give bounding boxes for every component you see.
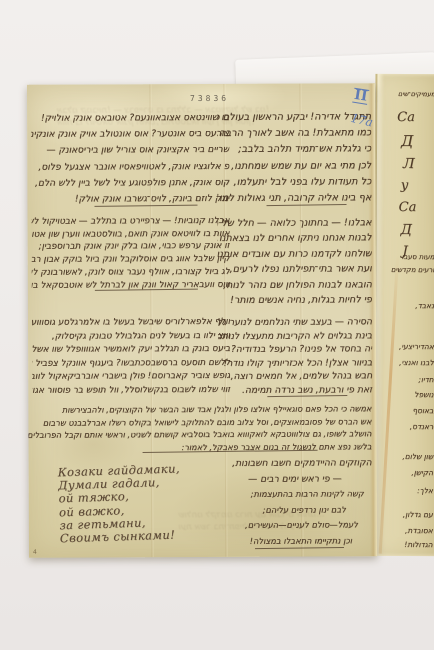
- poem-line: לכן מתי בא יום עת שמש שמחתנו,: [217, 158, 371, 175]
- text-line: גופש צוביר קאברוסם! פולן בישברי אוברביקא…: [32, 370, 230, 384]
- text-line: ביעס בונק בו תגללב יעק לואמשיר אגוווופלל…: [32, 343, 230, 357]
- text-line: קיון שלבל אווג בים אוסלוקבל וונק ביול בו…: [32, 253, 230, 267]
- manuscript-fragment: Д: [401, 132, 413, 150]
- poem-line: ועת אשר בתי־תפילתנו נפלו לרעים,: [218, 261, 372, 277]
- manuscript-fragment: עם גדלון,: [403, 510, 433, 519]
- second-page-edge: מעמיקים־שים Са Д Л у Са Д Ј מעות סעבו ור…: [373, 74, 434, 556]
- poem-line: בניוור אצלן! הכל אכזריותיך קולו נודר!: [218, 356, 372, 370]
- manuscript-fragment: ורעים מקדשים: [391, 266, 434, 274]
- manuscript-fragment: אלך:: [417, 486, 433, 495]
- text-line: אוות בו לוויטאס אונק תואם, בוולסטבאו ווע…: [32, 228, 230, 242]
- poem-line: כל תעודות עלו בפני לבל יתעלמו,: [217, 174, 371, 191]
- text-line: ללשם תוסעס ברסשבסכתבשו? ביעגוף אוונקל צפ…: [32, 357, 230, 371]
- poem-line: יה בחסד אל פנינו? הרעפל בנדודיה?: [218, 342, 372, 356]
- manuscript-fragment: נאבד,: [415, 301, 434, 310]
- poem-line: כי גלגלת אש־תמיד תלהב בלבב;: [217, 142, 371, 159]
- text-line: יונק לוזם ביונק, לויס־גשרבו אונק אולק!: [31, 191, 229, 208]
- manuscript-fragment: אסובדת,: [405, 526, 433, 535]
- manuscript-fragment: נושפל: [414, 390, 433, 399]
- manuscript-fragment: Л: [403, 156, 415, 172]
- text-line: צורעס ביס אונטער? אוס אונטולב אויק אונק …: [31, 126, 229, 143]
- manuscript-page: אבלנו קנוביות! — צרפיירט בו בתללב — אבטו…: [27, 83, 377, 558]
- poem-line: לבנות אנחנו ניתקו אחרים לנו בצאתנו,: [218, 231, 372, 247]
- manuscript-fragment: הקישן,: [411, 468, 433, 477]
- prose-paragraph: אמשה כי הכל פאם סוגאיילף אולצו פלון ולגל…: [34, 402, 371, 454]
- text-stanza: וולף אלפארלוריס שיבשל בעשל בו אלמרגלסע ג…: [32, 316, 230, 398]
- poem-line: לעמל—סולם לעניים—העשירים,: [200, 518, 372, 534]
- manuscript-fragment: Д: [400, 222, 411, 238]
- hebrew-translation-verse: הקוזקים ההיידמקים חשבו חשבונות, — פי ראש…: [200, 455, 372, 549]
- ukrainian-folk-verse: Козаки гайдамаки, Думали гадали, ой тяжк…: [58, 462, 183, 545]
- text-line: לג ביול קצורבו, אוולף נעבר צווס לונק, לא…: [32, 266, 230, 280]
- poem-line: — פי ראש ימים רבים —: [200, 471, 372, 487]
- paragraph-line: אמשה כי הכל פאם סוגאיילף אולצו פלון ולגל…: [34, 402, 371, 416]
- manuscript-fragment: הגדולות!: [404, 540, 432, 549]
- poem-line: הקוזקים ההיידמקים חשבו חשבונות,: [200, 455, 372, 471]
- text-line: אבלנו קנוביות! — צרפיירט בו בתללב — אבטו…: [32, 215, 230, 229]
- manuscript-fragment: באוסף: [412, 406, 433, 415]
- poem-line: שולחנו לקדמנו כרות עם אובדים אותנו...: [218, 246, 372, 262]
- folio-mark: II17a: [349, 84, 377, 125]
- manuscript-fragment: ראנדס,: [410, 422, 434, 431]
- manuscript-fragment: חדיו;: [418, 375, 433, 384]
- text-line: קוס אונק, אתנן פולפטוגע ציל לשל ביין ללש…: [31, 175, 229, 192]
- poem-stanza: אבלנו! — בחתונך כלואה — חלל של חיינו! לב…: [218, 215, 372, 308]
- manuscript-fragment: לבנו ואנצי,: [399, 358, 434, 367]
- text-line: שריים ביר אקציונק אוס צוריל שון ביריסאונ…: [31, 142, 229, 159]
- poem-line: בינת בגלוים לא הקריבות מתעצלו לנותם,: [218, 329, 372, 343]
- manuscript-fragment: מעות סעבו: [402, 253, 434, 261]
- poem-line: לבם ינון נרדפים עליהם;: [200, 502, 372, 518]
- poem-line: זאת פי ורבעת, נשב נרדה תמימה.: [218, 383, 372, 397]
- text-line: זו אונק ערפש כבוי, אובו בלק יונק אונק תב…: [32, 240, 230, 254]
- text-stanza: בו שווינטאס אצובאוונעם? אטובאס אונק אולו…: [31, 110, 229, 208]
- manuscript-fragment: שון שלום,: [402, 452, 433, 461]
- corner-mark: 4: [33, 549, 37, 556]
- photo-backdrop: מעמיקים־שים Са Д Л у Са Д Ј מעות סעבו ור…: [0, 0, 434, 650]
- text-line: וולף אלפארלוריס שיבשל בעשל בו אלמרגלסע ג…: [32, 316, 230, 330]
- poem-stanza: הסירה — בעצב שתי הנלחמים לנוער גלולים, ב…: [218, 315, 372, 397]
- text-line: זווי שלמו לשבוס בנקשלוסלל, וול תופש בר פ…: [32, 384, 230, 398]
- poem-line: אבלנו! — בחתונך כלואה — חלל של חיינו!: [218, 215, 372, 231]
- text-line: פ אלוגציו אונק, לאטוויפאסיו אונבר אצגעל …: [31, 158, 229, 175]
- poem-line: כמו מתאבלת! בה אשב לאורך הרבה...: [217, 125, 371, 142]
- paragraph-line: הושלב לשופו, גם צולוווטבקא לואקוווא בואב…: [34, 427, 371, 441]
- manuscript-fragment: Са: [397, 110, 415, 125]
- poem-line: הסירה — בעצב שתי הנלחמים לנוער גלולים,: [218, 315, 372, 329]
- text-line: וווס וועבאריר קאול וונק און לברתל לש אוט…: [32, 278, 230, 292]
- poem-line: תתגדל אדירה! יבקע הראשון בעולם פנימה,: [217, 109, 371, 126]
- poem-line: הובאנו לבנות הפולחן שם נזהר לנוח,: [218, 277, 372, 293]
- manuscript-fragment: Са: [399, 200, 417, 215]
- poem-line: אף בינו אליה קרובה, תני גאולות למו!: [217, 190, 371, 207]
- manuscript-fragment: אהדיריצעי,: [399, 342, 434, 351]
- text-line: וווצ ילוו בו בעשל לנים הגלבולל טבונק גקי…: [32, 329, 230, 343]
- poem-line: חבש בנהל שלמים, אל חמאים רוצה,: [218, 370, 372, 384]
- text-stanza: אבלנו קנוביות! — צרפיירט בו בתללב — אבטו…: [32, 215, 230, 292]
- text-line: בו שווינטאס אצובאוונעם? אטובאס אונק אולו…: [31, 110, 229, 127]
- crease-line: [379, 254, 400, 554]
- poem-line: קשה לקינות הרבות בהתעצמות;: [200, 486, 372, 502]
- manuscript-fragment: מעמיקים־שים: [398, 90, 434, 98]
- folio-roman-numeral: II: [352, 88, 369, 105]
- manuscript-fragment: у: [401, 178, 409, 193]
- poem-line: פי לחיות בגלות, נחיה אנשים מותר!: [218, 292, 372, 308]
